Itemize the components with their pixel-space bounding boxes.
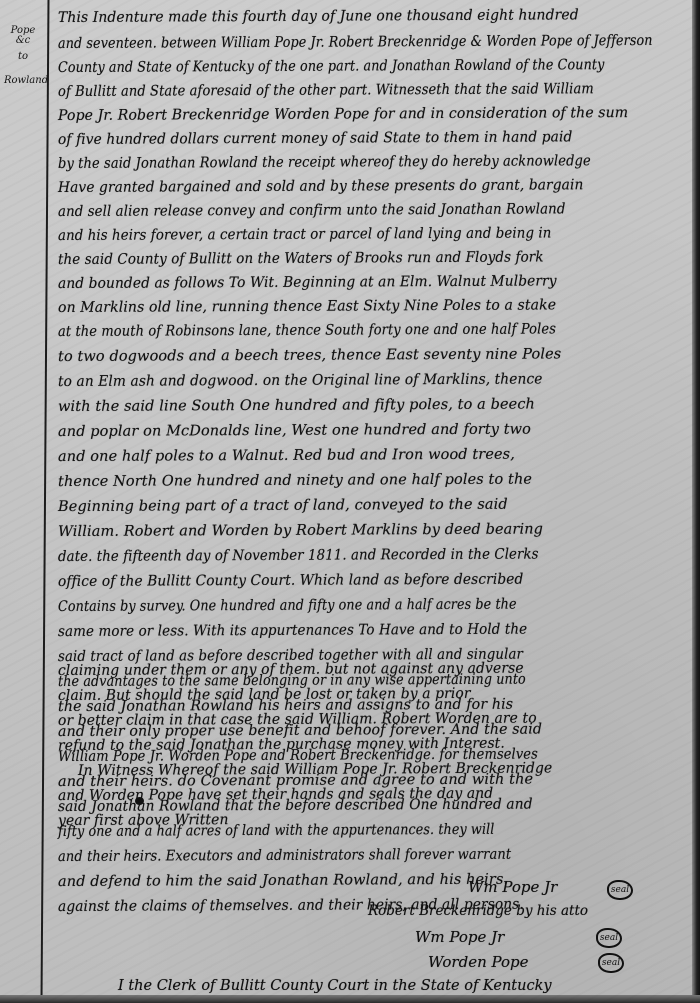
deed-line: This Indenture made this fourth day of J…	[58, 7, 579, 26]
deed-line: and sell alien release convey and confir…	[58, 201, 566, 220]
deed-line: Beginning being part of a tract of land,…	[58, 497, 508, 515]
margin-note-to: to	[4, 52, 42, 62]
seal-icon: seal	[598, 953, 624, 973]
deed-line: County and State of Kentucky of the one …	[58, 57, 604, 76]
seal-icon: seal	[607, 880, 633, 900]
deed-line: to two dogwoods and a beech trees, thenc…	[58, 346, 561, 365]
signature-robert-breckenridge: Robert Breckenridge by his atto	[368, 903, 588, 919]
deed-line: the said County of Bullitt on the Waters…	[58, 249, 544, 268]
deed-line: on Marklins old line, running thence Eas…	[58, 297, 556, 316]
ink-blot	[135, 797, 144, 805]
deed-line: thence North One hundred and ninety and …	[58, 472, 532, 490]
page-edge-bottom	[0, 995, 700, 1003]
margin-rule	[41, 0, 50, 1000]
deed-line: year first above Written	[58, 812, 229, 829]
deed-line: same more or less. With its appurtenance…	[58, 622, 527, 640]
deed-line: and their heirs. Executors and administr…	[58, 847, 511, 865]
deed-line: Have granted bargained and sold and by t…	[58, 177, 584, 196]
deed-line: at the mouth of Robinsons lane, thence S…	[58, 321, 556, 340]
deed-line: and poplar on McDonalds line, West one h…	[58, 422, 531, 440]
deed-line: by the said Jonathan Rowland the receipt…	[58, 153, 591, 172]
margin-note-parties: Pope &c	[4, 26, 42, 46]
signature-wm-pope-jr: Wm Pope Jr	[468, 878, 557, 896]
signature-worden-pope: Worden Pope	[428, 953, 529, 971]
deed-line: office of the Bullitt County Court. Whic…	[58, 572, 523, 590]
clerk-certification-line: I the Clerk of Bullitt County Court in t…	[118, 978, 552, 994]
deed-line: claiming under them or any of them. but …	[58, 661, 524, 679]
deed-line: Pope Jr. Robert Breckenridge Worden Pope…	[58, 105, 628, 124]
deed-line: Contains by survey. One hundred and fift…	[58, 597, 517, 615]
deed-line: with the said line South One hundred and…	[58, 397, 535, 415]
deed-line: and his heirs forever, a certain tract o…	[58, 225, 552, 244]
deed-line: William. Robert and Worden by Robert Mar…	[58, 521, 543, 540]
deed-line: claim. But should the said land be lost …	[58, 686, 471, 704]
deed-line: and Worden Pope have set their hands and…	[58, 786, 493, 804]
deed-line: and defend to him the said Jonathan Rowl…	[58, 872, 508, 890]
page-edge-right	[692, 0, 700, 1003]
deed-line: date. the fifteenth day of November 1811…	[58, 546, 539, 565]
deed-line: of five hundred dollars current money of…	[58, 129, 572, 148]
document-page: Pope &c to Rowland This Indenture made t…	[0, 0, 700, 1003]
signature-wm-pope-jr-attorney: Wm Pope Jr	[415, 928, 504, 946]
deed-line: to an Elm ash and dogwood. on the Origin…	[58, 371, 543, 390]
deed-line: and bounded as follows To Wit. Beginning…	[58, 273, 557, 292]
deed-line: refund to the said Jonathan the purchase…	[58, 736, 505, 754]
deed-line: In Witness Whereof the said William Pope…	[78, 761, 552, 779]
deed-line: or better claim in that case the said Wi…	[58, 710, 537, 729]
deed-line: and one half poles to a Walnut. Red bud …	[58, 447, 515, 465]
margin-note-grantee: Rowland	[4, 76, 42, 86]
seal-icon: seal	[596, 928, 622, 948]
deed-line: of Bullitt and State aforesaid of the ot…	[58, 81, 594, 100]
deed-line: and seventeen. between William Pope Jr. …	[58, 33, 653, 52]
